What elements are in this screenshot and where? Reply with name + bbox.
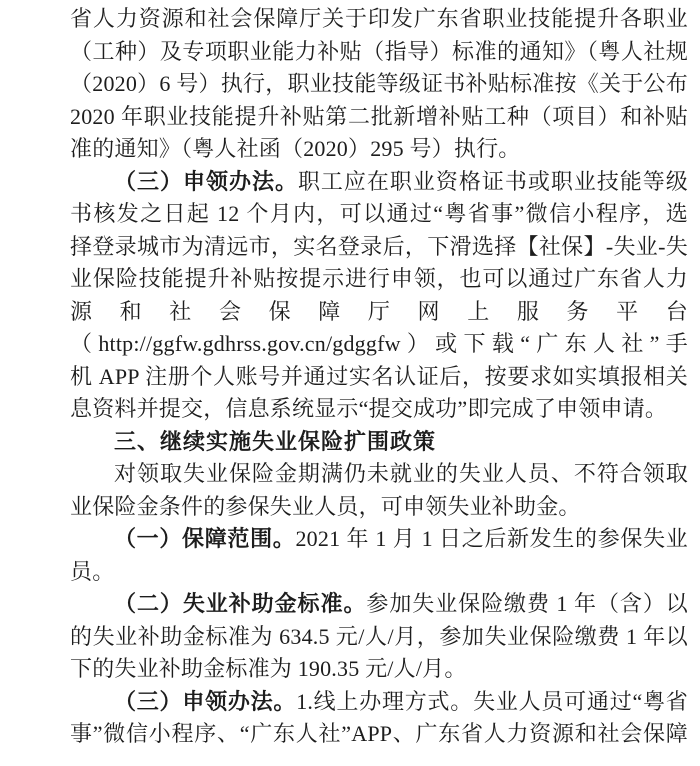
bold-text-segment: （三）申领办法。 (114, 689, 296, 714)
bold-text-segment: （三）申领办法。 (114, 169, 298, 194)
text-segment: 机 APP 注册个人账号并通过实名认证后，按要求如实填报相关信 (70, 364, 688, 394)
text-segment: 2020 年职业技能提升补贴第二批新增补贴工种（项目）和补贴标 (70, 104, 688, 134)
text-segment: 对领取失业保险金期满仍未就业的失业人员、不符合领取失 (70, 461, 688, 491)
text-line: 的失业补助金标准为 634.5 元/人/月，参加失业保险缴费 1 年以 (70, 621, 688, 654)
text-line: （三）申领办法。1.线上办理方式。失业人员可通过“粤省 (70, 686, 688, 719)
text-line: （二）失业补助金标准。参加失业保险缴费 1 年（含）以上 (70, 588, 688, 621)
text-line: 省人力资源和社会保障厅关于印发广东省职业技能提升各职业 (70, 3, 688, 36)
text-line: （2020）6 号）执行，职业技能等级证书补贴标准按《关于公布 (70, 68, 688, 101)
text-line: （三）申领办法。职工应在职业资格证书或职业技能等级证 (70, 166, 688, 199)
text-segment: （2020）6 号）执行，职业技能等级证书补贴标准按《关于公布 (70, 71, 688, 96)
text-segment: 下的失业补助金标准为 190.35 元/人/月。 (70, 656, 467, 681)
text-segment: 书核发之日起 12 个月内，可以通过“粤省事”微信小程序，选 (70, 201, 688, 226)
document-text: 省人力资源和社会保障厅关于印发广东省职业技能提升各职业（工种）及专项职业能力补贴… (70, 3, 688, 751)
text-segment: 员。 (70, 559, 114, 584)
bold-text-segment: 三、继续实施失业保险扩围政策 (114, 429, 436, 454)
text-segment: （http://ggfw.gdhrss.gov.cn/gdggfw）或下载“广东… (70, 331, 688, 356)
text-line: 员。 (70, 556, 688, 589)
text-line: 机 APP 注册个人账号并通过实名认证后，按要求如实填报相关信 (70, 361, 688, 394)
text-line: 源和社会保障厅网上服务平台 (70, 296, 688, 329)
text-line: 准的通知》（粤人社函（2020）295 号）执行。 (70, 133, 688, 166)
text-line: 息资料并提交，信息系统显示“提交成功”即完成了申领申请。 (70, 393, 688, 426)
text-segment: 业保险金条件的参保失业人员，可申领失业补助金。 (70, 494, 581, 519)
text-line: （工种）及专项职业能力补贴（指导）标准的通知》（粤人社规 (70, 36, 688, 69)
text-segment: 择登录城市为清远市，实名登录后，下滑选择【社保】-失业-失 (70, 234, 688, 259)
section-heading-line: 三、继续实施失业保险扩围政策 (70, 426, 688, 459)
text-line: 对领取失业保险金期满仍未就业的失业人员、不符合领取失 (70, 458, 688, 491)
text-line: 业保险技能提升补贴按提示进行申领，也可以通过广东省人力资 (70, 263, 688, 296)
bold-text-segment: （一）保障范围。 (114, 526, 295, 551)
text-line: （http://ggfw.gdhrss.gov.cn/gdggfw）或下载“广东… (70, 328, 688, 361)
text-line: 书核发之日起 12 个月内，可以通过“粤省事”微信小程序，选 (70, 198, 688, 231)
text-line: 业保险金条件的参保失业人员，可申领失业补助金。 (70, 491, 688, 524)
text-segment: 事”微信小程序、“广东人社”APP、广东省人力资源和社会保障 (70, 721, 688, 746)
text-segment: 源和社会保障厅网上服务平台 (70, 299, 688, 324)
text-segment: （工种）及专项职业能力补贴（指导）标准的通知》（粤人社规 (70, 39, 688, 64)
document-page: 省人力资源和社会保障厅关于印发广东省职业技能提升各职业（工种）及专项职业能力补贴… (0, 0, 700, 766)
text-line: 2020 年职业技能提升补贴第二批新增补贴工种（项目）和补贴标 (70, 101, 688, 134)
text-line: 择登录城市为清远市，实名登录后，下滑选择【社保】-失业-失 (70, 231, 688, 264)
text-segment: 的失业补助金标准为 634.5 元/人/月，参加失业保险缴费 1 年以 (70, 624, 688, 649)
bold-text-segment: （二）失业补助金标准。 (114, 591, 366, 616)
text-line: （一）保障范围。2021 年 1 月 1 日之后新发生的参保失业人 (70, 523, 688, 556)
text-segment: 息资料并提交，信息系统显示“提交成功”即完成了申领申请。 (70, 396, 667, 421)
text-segment: 省人力资源和社会保障厅关于印发广东省职业技能提升各职业 (70, 6, 688, 31)
text-segment: 业保险技能提升补贴按提示进行申领，也可以通过广东省人力资 (70, 266, 688, 296)
text-segment: 1.线上办理方式。失业人员可通过“粤省 (296, 689, 688, 714)
text-line: 下的失业补助金标准为 190.35 元/人/月。 (70, 653, 688, 686)
text-line: 事”微信小程序、“广东人社”APP、广东省人力资源和社会保障 (70, 718, 688, 751)
text-segment: 准的通知》（粤人社函（2020）295 号）执行。 (70, 136, 521, 161)
